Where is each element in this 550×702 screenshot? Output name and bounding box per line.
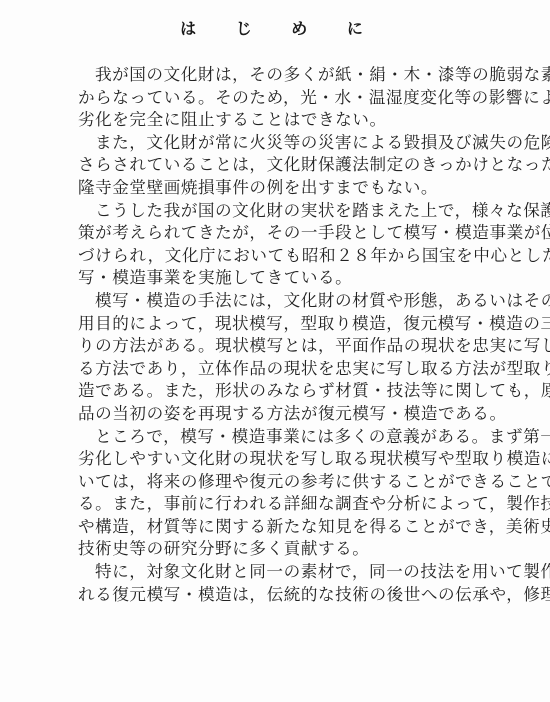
paragraph-6-line-2: れる復元模写・模造は，伝統的な技術の後世への伝承や，修理技 — [78, 584, 492, 607]
paragraph-6-line-1: 特に，対象文化財と同一の素材で，同一の技法を用いて製作さ — [78, 561, 492, 584]
paragraph-2-line-2: さらされていることは，文化財保護法制定のきっかけとなった法 — [78, 154, 492, 177]
paragraph-4-line-2: 用目的によって，現状模写，型取り模造，復元模写・模造の三通 — [78, 313, 492, 336]
paragraph-3-line-2: 策が考えられてきたが，その一手段として模写・模造事業が位置 — [78, 222, 492, 245]
paragraph-5-line-5: や構造，材質等に関する新たな知見を得ることができ，美術史や — [78, 516, 492, 539]
paragraph-5-line-1: ところで，模写・模造事業には多くの意義がある。まず第一に， — [78, 426, 492, 449]
document-page: は じ め に 我が国の文化財は，その多くが紙・絹・木・漆等の脆弱な素材 からな… — [0, 0, 550, 702]
page-title: は じ め に — [0, 16, 550, 39]
paragraph-4-line-3: りの方法がある。現状模写とは，平面作品の現状を忠実に写し取 — [78, 335, 492, 358]
paragraph-5-line-4: る。また，事前に行われる詳細な調査や分析によって，製作技法 — [78, 493, 492, 516]
paragraph-5-line-3: いては，将来の修理や復元の参考に供することができることであ — [78, 471, 492, 494]
paragraph-4-line-4: る方法であり，立体作品の現状を忠実に写し取る方法が型取り模 — [78, 358, 492, 381]
paragraph-1-line-1: 我が国の文化財は，その多くが紙・絹・木・漆等の脆弱な素材 — [78, 64, 492, 87]
paragraph-4-line-6: 品の当初の姿を再現する方法が復元模写・模造である。 — [78, 403, 492, 426]
paragraph-2-line-1: また，文化財が常に火災等の災害による毀損及び滅失の危険に — [78, 132, 492, 155]
paragraph-5-line-2: 劣化しやすい文化財の現状を写し取る現状模写や型取り模造にお — [78, 448, 492, 471]
paragraph-3-line-3: づけられ，文化庁においても昭和２８年から国宝を中心とした模 — [78, 245, 492, 268]
paragraph-1-line-3: 劣化を完全に阻止することはできない。 — [78, 109, 492, 132]
paragraph-2-line-3: 隆寺金堂壁画焼損事件の例を出すまでもない。 — [78, 177, 492, 200]
paragraph-3-line-4: 写・模造事業を実施してきている。 — [78, 267, 492, 290]
body-text: 我が国の文化財は，その多くが紙・絹・木・漆等の脆弱な素材 からなっている。そのた… — [78, 64, 492, 606]
paragraph-4-line-1: 模写・模造の手法には，文化財の材質や形態，あるいはその活 — [78, 290, 492, 313]
paragraph-3-line-1: こうした我が国の文化財の実状を踏まえた上で，様々な保護方 — [78, 200, 492, 223]
paragraph-1-line-2: からなっている。そのため，光・水・温湿度変化等の影響による — [78, 87, 492, 110]
paragraph-4-line-5: 造である。また，形状のみならず材質・技法等に関しても，原作 — [78, 380, 492, 403]
paragraph-5-line-6: 技術史等の研究分野に多く貢献する。 — [78, 538, 492, 561]
